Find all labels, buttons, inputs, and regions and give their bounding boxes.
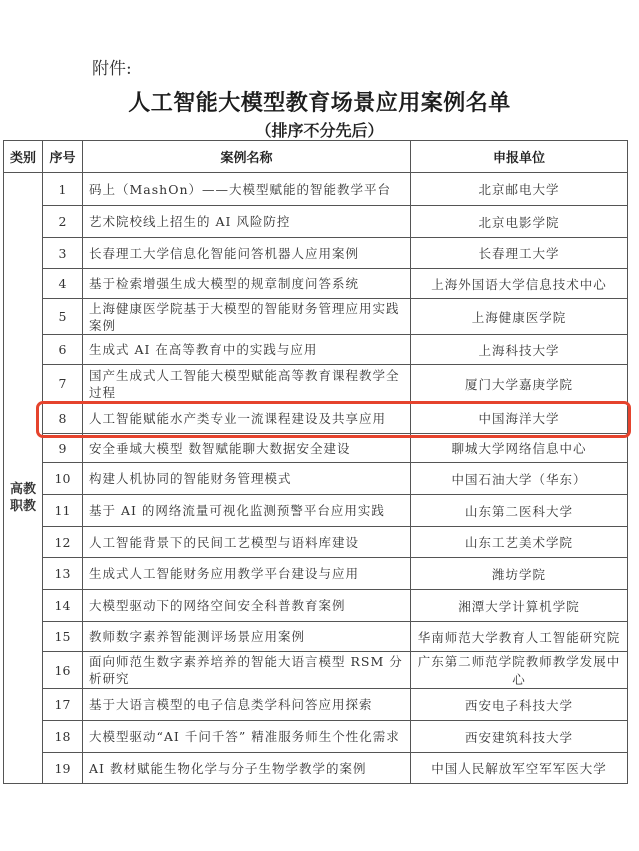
table-row: 15教师数字素养智能测评场景应用案例华南师范大学教育人工智能研究院 bbox=[4, 622, 628, 652]
case-name: 生成式人工智能财务应用教学平台建设与应用 bbox=[83, 558, 411, 590]
case-name: AI 教材赋能生物化学与分子生物学教学的案例 bbox=[83, 753, 411, 784]
case-name: 安全垂域大模型 数智赋能聊大数据安全建设 bbox=[83, 434, 411, 463]
table-row: 16面向师范生数字素养培养的智能大语言模型 RSM 分析研究广东第二师范学院教师… bbox=[4, 652, 628, 689]
table-row: 9安全垂域大模型 数智赋能聊大数据安全建设聊城大学网络信息中心 bbox=[4, 434, 628, 463]
case-name: 面向师范生数字素养培养的智能大语言模型 RSM 分析研究 bbox=[83, 652, 411, 689]
attachment-label: 附件: bbox=[92, 54, 132, 79]
case-name: 构建人机协同的智能财务管理模式 bbox=[83, 463, 411, 495]
header-case-name: 案例名称 bbox=[83, 141, 411, 173]
row-number: 1 bbox=[43, 173, 83, 206]
row-number: 5 bbox=[43, 299, 83, 335]
table-row: 4基于检索增强生成大模型的规章制度问答系统上海外国语大学信息技术中心 bbox=[4, 269, 628, 299]
row-number: 7 bbox=[43, 365, 83, 403]
table-row: 19AI 教材赋能生物化学与分子生物学教学的案例中国人民解放军空军军医大学 bbox=[4, 753, 628, 784]
case-name: 教师数字素养智能测评场景应用案例 bbox=[83, 622, 411, 652]
row-number: 17 bbox=[43, 689, 83, 721]
case-name: 基于大语言模型的电子信息类学科问答应用探索 bbox=[83, 689, 411, 721]
applicant-unit: 中国石油大学（华东） bbox=[411, 463, 628, 495]
category-cell: 高教职教 bbox=[4, 173, 43, 784]
case-name: 基于检索增强生成大模型的规章制度问答系统 bbox=[83, 269, 411, 299]
case-name: 国产生成式人工智能大模型赋能高等教育课程教学全过程 bbox=[83, 365, 411, 403]
applicant-unit: 西安电子科技大学 bbox=[411, 689, 628, 721]
row-number: 14 bbox=[43, 590, 83, 622]
applicant-unit: 西安建筑科技大学 bbox=[411, 721, 628, 753]
table-row: 13生成式人工智能财务应用教学平台建设与应用潍坊学院 bbox=[4, 558, 628, 590]
case-name: 大模型驱动“AI 千问千答” 精准服务师生个性化需求 bbox=[83, 721, 411, 753]
row-number: 13 bbox=[43, 558, 83, 590]
table-row: 5上海健康医学院基于大模型的智能财务管理应用实践案例上海健康医学院 bbox=[4, 299, 628, 335]
applicant-unit: 广东第二师范学院教师教学发展中心 bbox=[411, 652, 628, 689]
row-number: 15 bbox=[43, 622, 83, 652]
applicant-unit: 上海健康医学院 bbox=[411, 299, 628, 335]
table-row: 18大模型驱动“AI 千问千答” 精准服务师生个性化需求西安建筑科技大学 bbox=[4, 721, 628, 753]
table-body: 高教职教1码上（MashOn）——大模型赋能的智能教学平台北京邮电大学2艺术院校… bbox=[4, 173, 628, 784]
case-name: 艺术院校线上招生的 AI 风险防控 bbox=[83, 206, 411, 238]
table-row: 6生成式 AI 在高等教育中的实践与应用上海科技大学 bbox=[4, 335, 628, 365]
header-category: 类别 bbox=[4, 141, 43, 173]
case-list-table: 类别 序号 案例名称 申报单位 高教职教1码上（MashOn）——大模型赋能的智… bbox=[3, 140, 628, 784]
row-number: 19 bbox=[43, 753, 83, 784]
document-subtitle: （排序不分先后） bbox=[0, 118, 639, 141]
applicant-unit: 湘潭大学计算机学院 bbox=[411, 590, 628, 622]
table-row: 8人工智能赋能水产类专业一流课程建设及共享应用中国海洋大学 bbox=[4, 403, 628, 434]
row-number: 12 bbox=[43, 527, 83, 558]
table-row: 高教职教1码上（MashOn）——大模型赋能的智能教学平台北京邮电大学 bbox=[4, 173, 628, 206]
applicant-unit: 中国海洋大学 bbox=[411, 403, 628, 434]
header-number: 序号 bbox=[43, 141, 83, 173]
case-name: 基于 AI 的网络流量可视化监测预警平台应用实践 bbox=[83, 495, 411, 527]
applicant-unit: 华南师范大学教育人工智能研究院 bbox=[411, 622, 628, 652]
applicant-unit: 厦门大学嘉庚学院 bbox=[411, 365, 628, 403]
applicant-unit: 潍坊学院 bbox=[411, 558, 628, 590]
table-row: 12人工智能背景下的民间工艺模型与语料库建设山东工艺美术学院 bbox=[4, 527, 628, 558]
applicant-unit: 山东第二医科大学 bbox=[411, 495, 628, 527]
row-number: 4 bbox=[43, 269, 83, 299]
row-number: 16 bbox=[43, 652, 83, 689]
applicant-unit: 聊城大学网络信息中心 bbox=[411, 434, 628, 463]
row-number: 3 bbox=[43, 238, 83, 269]
row-number: 6 bbox=[43, 335, 83, 365]
table-row: 7国产生成式人工智能大模型赋能高等教育课程教学全过程厦门大学嘉庚学院 bbox=[4, 365, 628, 403]
row-number: 9 bbox=[43, 434, 83, 463]
row-number: 8 bbox=[43, 403, 83, 434]
applicant-unit: 上海外国语大学信息技术中心 bbox=[411, 269, 628, 299]
case-name: 码上（MashOn）——大模型赋能的智能教学平台 bbox=[83, 173, 411, 206]
case-name: 上海健康医学院基于大模型的智能财务管理应用实践案例 bbox=[83, 299, 411, 335]
header-unit: 申报单位 bbox=[411, 141, 628, 173]
row-number: 11 bbox=[43, 495, 83, 527]
applicant-unit: 长春理工大学 bbox=[411, 238, 628, 269]
table-row: 11基于 AI 的网络流量可视化监测预警平台应用实践山东第二医科大学 bbox=[4, 495, 628, 527]
table-row: 14大模型驱动下的网络空间安全科普教育案例湘潭大学计算机学院 bbox=[4, 590, 628, 622]
table-row: 2艺术院校线上招生的 AI 风险防控北京电影学院 bbox=[4, 206, 628, 238]
row-number: 2 bbox=[43, 206, 83, 238]
case-name: 人工智能赋能水产类专业一流课程建设及共享应用 bbox=[83, 403, 411, 434]
table-row: 10构建人机协同的智能财务管理模式中国石油大学（华东） bbox=[4, 463, 628, 495]
case-name: 生成式 AI 在高等教育中的实践与应用 bbox=[83, 335, 411, 365]
case-name: 长春理工大学信息化智能问答机器人应用案例 bbox=[83, 238, 411, 269]
table-header-row: 类别 序号 案例名称 申报单位 bbox=[4, 141, 628, 173]
document-title: 人工智能大模型教育场景应用案例名单 bbox=[0, 86, 639, 117]
case-name: 大模型驱动下的网络空间安全科普教育案例 bbox=[83, 590, 411, 622]
applicant-unit: 中国人民解放军空军军医大学 bbox=[411, 753, 628, 784]
applicant-unit: 山东工艺美术学院 bbox=[411, 527, 628, 558]
row-number: 10 bbox=[43, 463, 83, 495]
applicant-unit: 北京电影学院 bbox=[411, 206, 628, 238]
row-number: 18 bbox=[43, 721, 83, 753]
applicant-unit: 北京邮电大学 bbox=[411, 173, 628, 206]
applicant-unit: 上海科技大学 bbox=[411, 335, 628, 365]
table-row: 17基于大语言模型的电子信息类学科问答应用探索西安电子科技大学 bbox=[4, 689, 628, 721]
case-name: 人工智能背景下的民间工艺模型与语料库建设 bbox=[83, 527, 411, 558]
table-row: 3长春理工大学信息化智能问答机器人应用案例长春理工大学 bbox=[4, 238, 628, 269]
